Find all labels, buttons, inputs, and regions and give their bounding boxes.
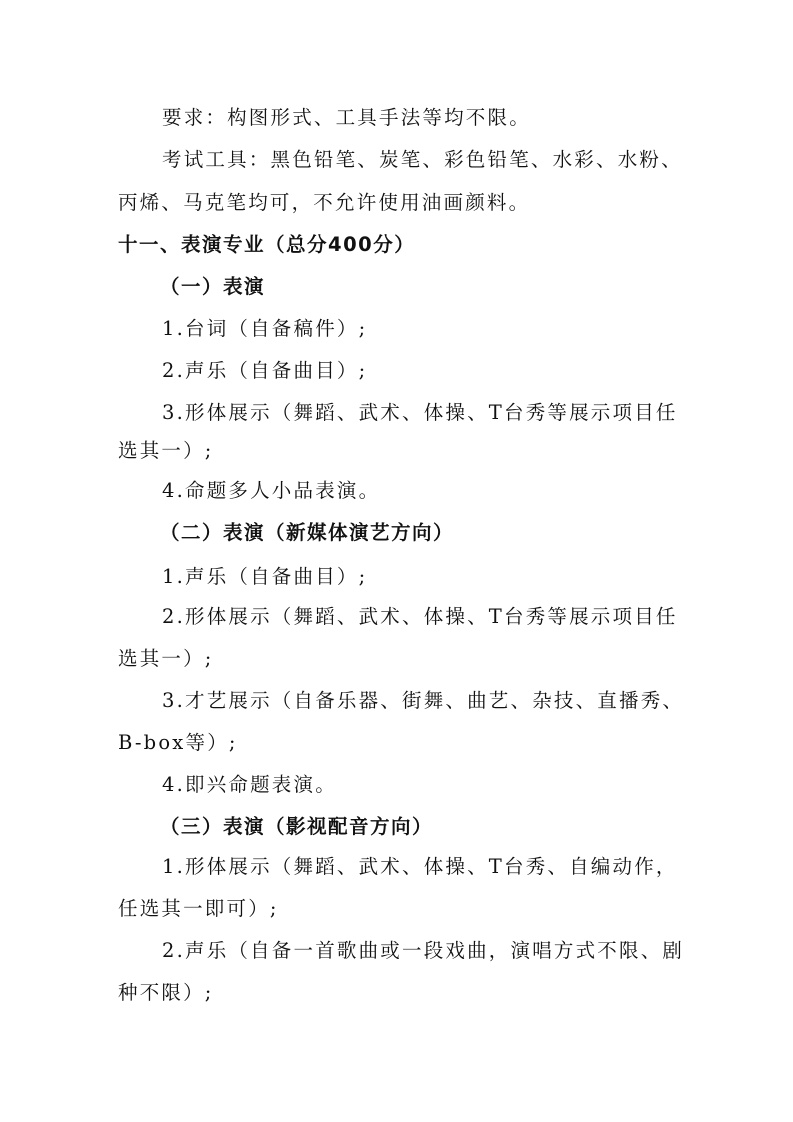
document-page: 要求：构图形式、工具手法等均不限。 考试工具：黑色铅笔、炭笔、彩色铅笔、水彩、水… <box>0 0 793 1122</box>
list-item: 1.台词（自备稿件）; <box>162 317 722 341</box>
list-item: 3.形体展示（舞蹈、武术、体操、T台秀等展示项目任 <box>162 401 722 425</box>
list-item: 4.即兴命题表演。 <box>162 773 722 797</box>
list-item-cont: 选其一）; <box>118 647 678 671</box>
list-item: 2.声乐（自备一首歌曲或一段戏曲，演唱方式不限、剧 <box>162 939 722 963</box>
list-item: 3.才艺展示（自备乐器、街舞、曲艺、杂技、直播秀、 <box>162 689 722 713</box>
list-item-cont: 选其一）; <box>118 439 678 463</box>
list-item: 1.声乐（自备曲目）; <box>162 565 722 589</box>
subsection-heading-3: （三）表演（影视配音方向） <box>160 815 720 839</box>
subsection-heading-2: （二）表演（新媒体演艺方向） <box>160 521 720 545</box>
requirement-line: 要求：构图形式、工具手法等均不限。 <box>162 106 722 130</box>
subsection-heading-1: （一）表演 <box>160 275 720 299</box>
list-item: 2.形体展示（舞蹈、武术、体操、T台秀等展示项目任 <box>162 605 722 629</box>
list-item: 2.声乐（自备曲目）; <box>162 359 722 383</box>
list-item-cont: 任选其一即可）; <box>118 897 678 921</box>
section-heading-performance: 十一、表演专业（总分400分） <box>118 233 678 257</box>
exam-tools-line: 考试工具：黑色铅笔、炭笔、彩色铅笔、水彩、水粉、 <box>162 148 722 172</box>
list-item-cont: B-box等）; <box>118 731 678 755</box>
list-item: 4.命题多人小品表演。 <box>162 479 722 503</box>
list-item-cont: 种不限）; <box>118 981 678 1005</box>
exam-tools-line-cont: 丙烯、马克笔均可，不允许使用油画颜料。 <box>118 191 678 215</box>
list-item: 1.形体展示（舞蹈、武术、体操、T台秀、自编动作， <box>162 855 722 879</box>
